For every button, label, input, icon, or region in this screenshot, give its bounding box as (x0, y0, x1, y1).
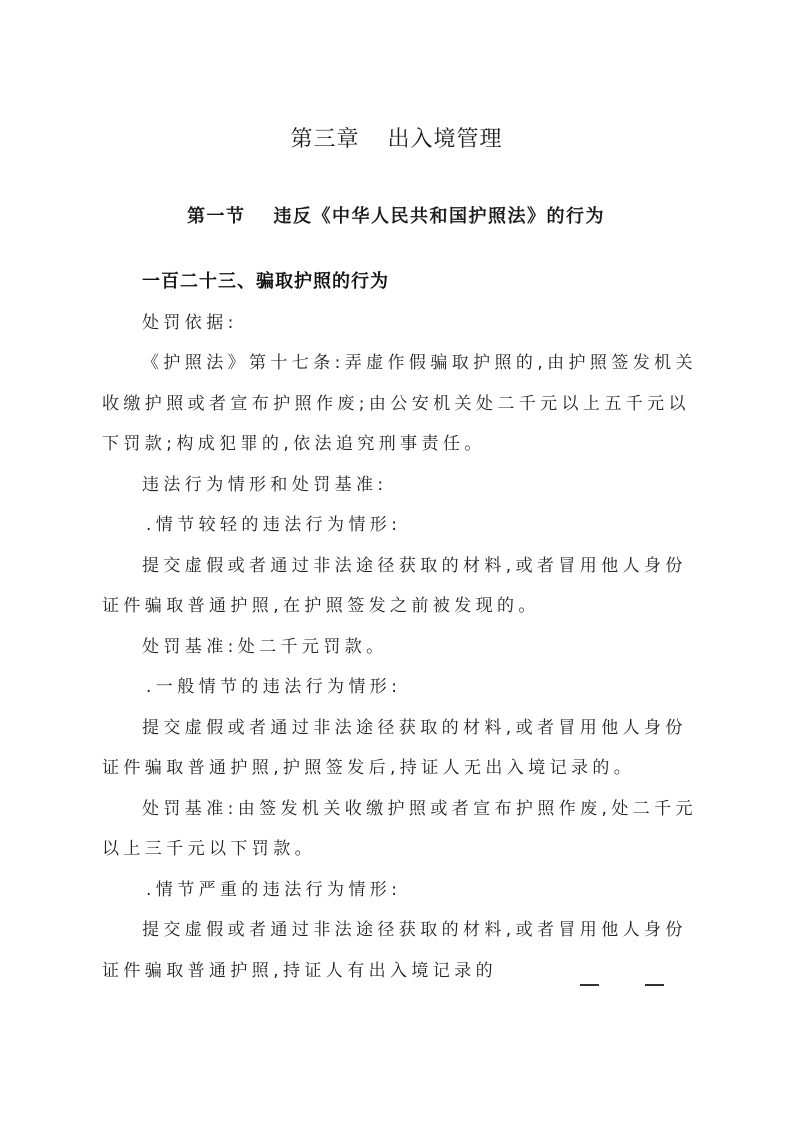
minor-case-heading: .情节较轻的违法行为情形: (102, 505, 694, 546)
general-case-heading: .一般情节的违法行为情形: (102, 667, 694, 708)
general-case-penalty-cont: 以上三千元以下罚款。 (102, 829, 694, 870)
chapter-number: 第三章 (290, 127, 359, 152)
serious-case-description: 提交虚假或者通过非法途径获取的材料,或者冒用他人身份 (102, 910, 694, 951)
section-heading: 第一节违反《中华人民共和国护照法》的行为 (187, 202, 605, 228)
minor-case-description: 提交虚假或者通过非法途径获取的材料,或者冒用他人身份 (102, 546, 694, 587)
page-number-dash-right (645, 984, 664, 986)
penalty-basis-label: 处罚依据: (102, 303, 694, 344)
page-footer (578, 978, 688, 990)
section-number: 第一节 (187, 206, 246, 227)
item-heading: 一百二十三、骗取护照的行为 (102, 262, 694, 303)
violation-standards-label: 违法行为情形和处罚基准: (102, 465, 694, 506)
page-number-dash-left (580, 984, 599, 986)
section-title: 违反《中华人民共和国护照法》的行为 (274, 206, 606, 227)
document-body: 一百二十三、骗取护照的行为 处罚依据: 《护照法》第十七条:弄虚作假骗取护照的,… (102, 262, 694, 991)
general-case-description-cont: 证件骗取普通护照,护照签发后,持证人无出入境记录的。 (102, 748, 694, 789)
law-article-text: 《护照法》第十七条:弄虚作假骗取护照的,由护照签发机关 (102, 343, 694, 384)
minor-case-penalty: 处罚基准:处二千元罚款。 (102, 627, 694, 668)
general-case-penalty: 处罚基准:由签发机关收缴护照或者宣布护照作废,处二千元 (102, 789, 694, 830)
serious-case-heading: .情节严重的违法行为情形: (102, 870, 694, 911)
law-article-text-end: 下罚款;构成犯罪的,依法追究刑事责任。 (102, 424, 694, 465)
general-case-description: 提交虚假或者通过非法途径获取的材料,或者冒用他人身份 (102, 708, 694, 749)
chapter-title: 出入境管理 (388, 127, 503, 152)
minor-case-description-cont: 证件骗取普通护照,在护照签发之前被发现的。 (102, 586, 694, 627)
law-article-text-cont: 收缴护照或者宣布护照作废;由公安机关处二千元以上五千元以 (102, 384, 694, 425)
chapter-heading: 第三章出入境管理 (0, 122, 793, 153)
document-page: 第三章出入境管理 第一节违反《中华人民共和国护照法》的行为 一百二十三、骗取护照… (0, 0, 793, 1122)
